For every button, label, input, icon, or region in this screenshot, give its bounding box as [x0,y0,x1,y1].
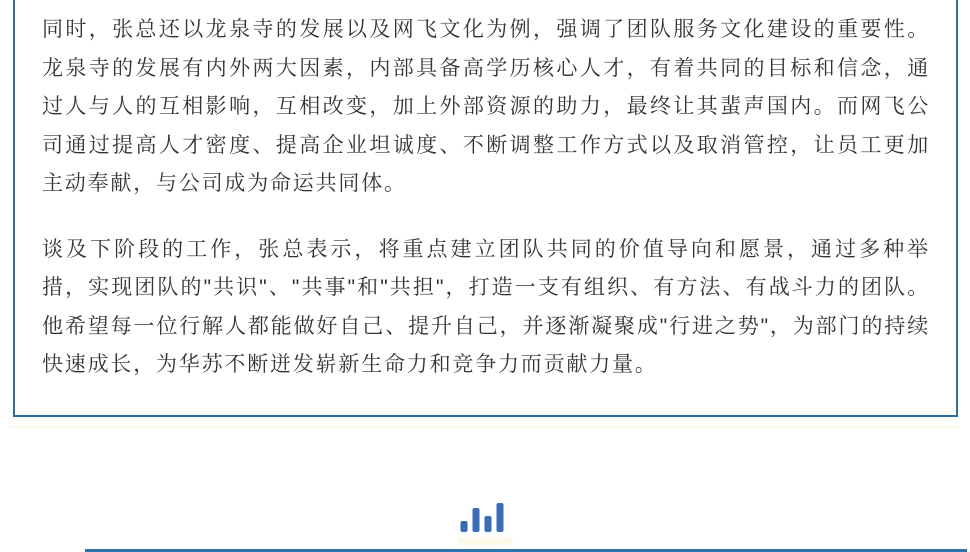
loader-glow [457,537,513,545]
article-panel: 同时，张总还以龙泉寺的发展以及网飞文化为例，强调了团队服务文化建设的重要性。龙泉… [13,0,958,417]
article-paragraph-1: 同时，张总还以龙泉寺的发展以及网飞文化为例，强调了团队服务文化建设的重要性。龙泉… [42,11,930,204]
bar-chart-icon-bar-3 [485,516,492,532]
bar-chart-icon-bar-2 [473,508,480,532]
bar-chart-icon [461,503,504,532]
bar-chart-icon-bar-4 [497,503,504,532]
panel-underline [10,426,960,428]
bar-chart-icon-bar-1 [461,521,468,532]
page: 同时，张总还以龙泉寺的发展以及网飞文化为例，强调了团队服务文化建设的重要性。龙泉… [0,0,970,552]
article-paragraph-2: 谈及下阶段的工作，张总表示，将重点建立团队共同的价值导向和愿景，通过多种举措，实… [42,231,930,385]
